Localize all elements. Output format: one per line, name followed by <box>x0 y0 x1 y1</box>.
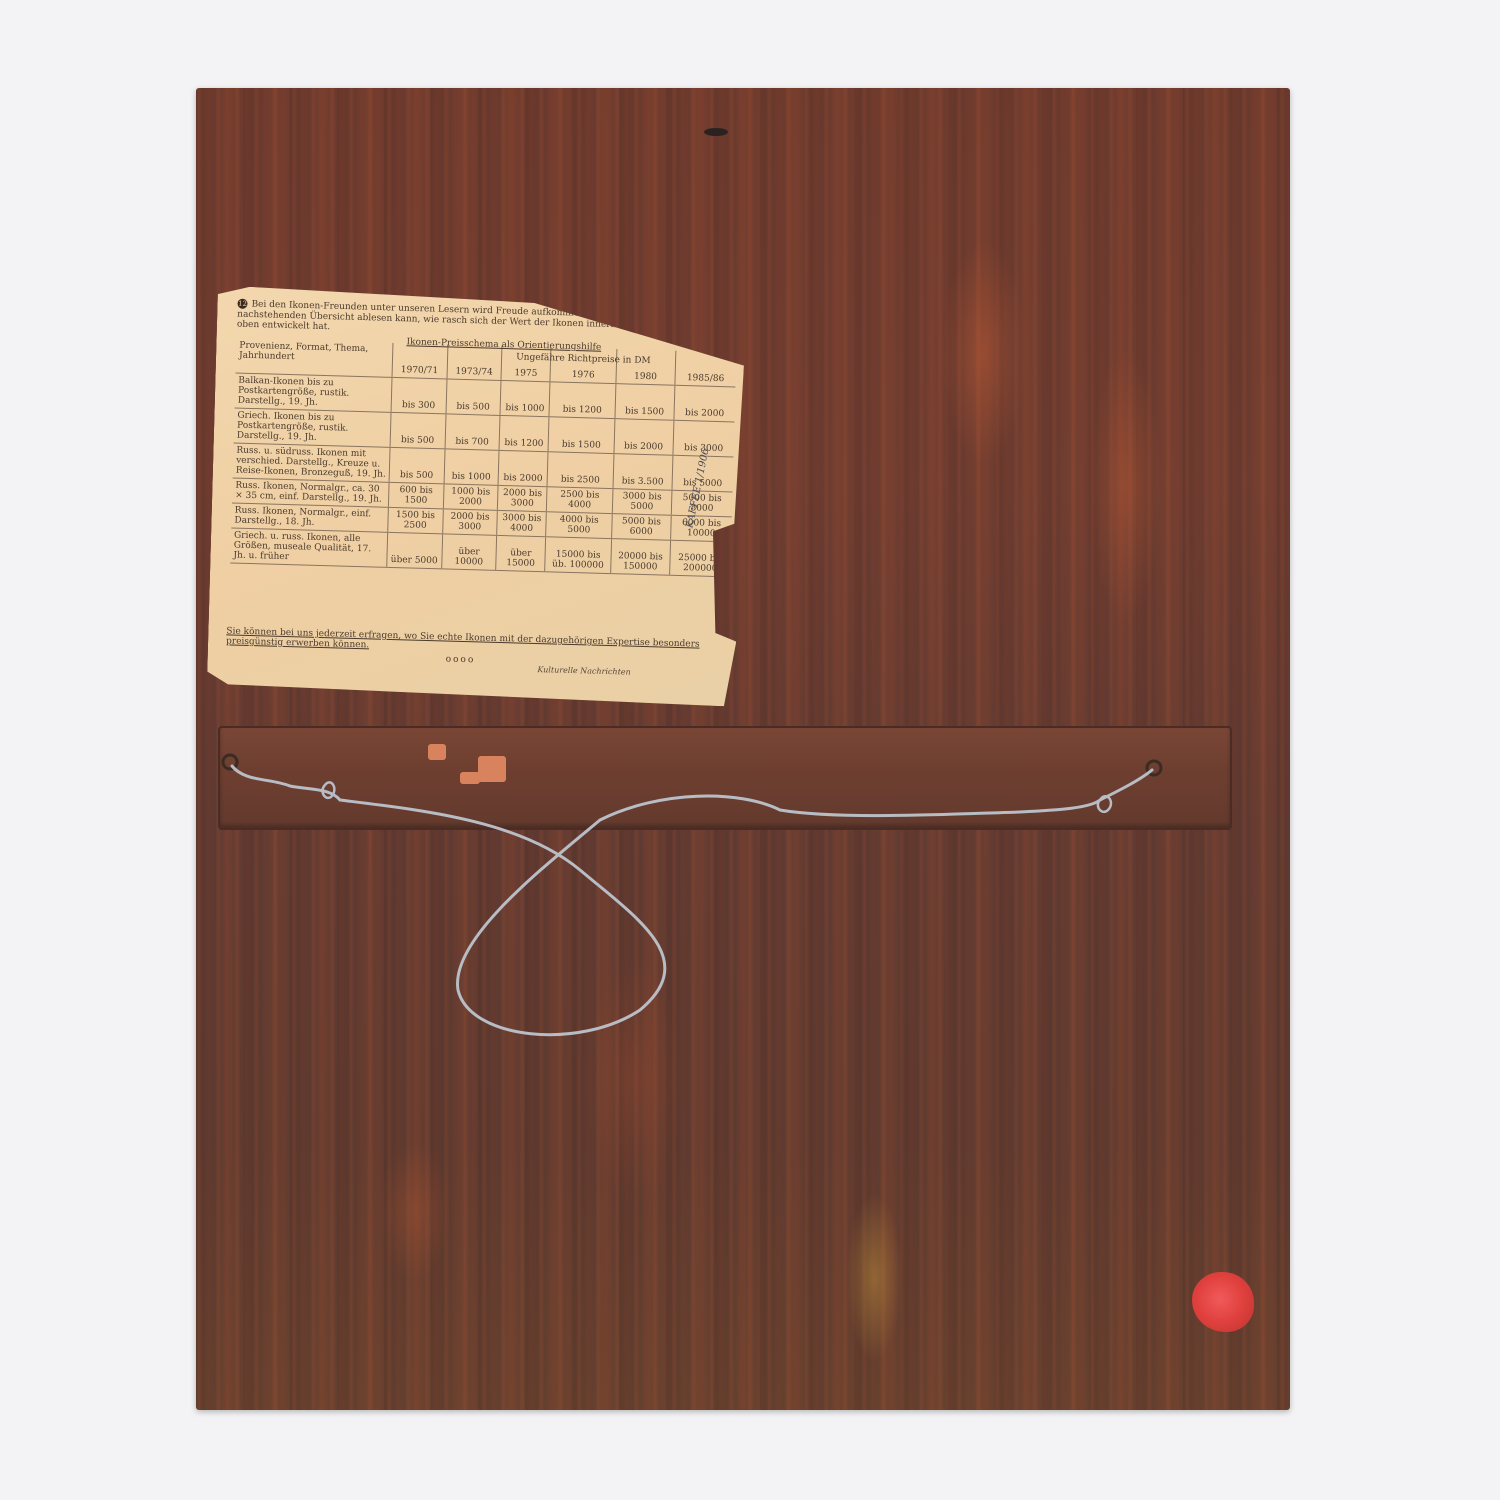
price-cell: 1500 bis 2500 <box>388 507 443 534</box>
footer-text: Sie können bei uns jederzeit erfragen, w… <box>226 626 700 650</box>
price-cell: bis 1500 <box>615 384 675 421</box>
price-cell: 2000 bis 3000 <box>498 485 548 511</box>
price-cell: 1000 bis 2000 <box>443 484 498 511</box>
row-category: Balkan-Ikonen bis zu Postkartengröße, ru… <box>235 373 392 412</box>
price-cell: bis 2000 <box>498 450 548 486</box>
paint-chip <box>460 772 480 784</box>
category-header: Provenienz, Format, Thema, Jahrhundert <box>236 339 393 378</box>
row-category: Griech. u. russ. Ikonen, alle Größen, mu… <box>230 528 387 567</box>
paint-chip <box>478 756 506 782</box>
row-category: Griech. Ikonen bis zu Postkartengröße, r… <box>234 408 391 447</box>
price-cell: bis 700 <box>445 414 501 451</box>
price-cell: bis 500 <box>390 412 446 449</box>
column-header: 1973/74 <box>447 344 503 380</box>
paint-chip <box>428 744 446 760</box>
separator-dots: oooo <box>446 655 476 666</box>
price-cell: bis 1200 <box>499 415 549 451</box>
red-wax-seal <box>1192 1272 1254 1332</box>
price-cell: 4000 bis 5000 <box>546 512 612 539</box>
price-cell: bis 1200 <box>549 382 615 419</box>
column-header: 1975 <box>501 346 551 382</box>
price-cell: 3000 bis 4000 <box>497 510 547 536</box>
clipping-footer: Sie können bei uns jederzeit erfragen, w… <box>226 626 726 660</box>
price-cell: 2000 bis 3000 <box>442 509 497 536</box>
price-cell: bis 2000 <box>674 385 736 422</box>
price-table: Provenienz, Format, Thema, Jahrhundert 1… <box>230 339 736 578</box>
row-category: Russ. u. südruss. Ikonen mit verschied. … <box>233 443 390 482</box>
price-cell: 5000 bis 6000 <box>611 514 671 541</box>
price-cell: 15000 bis üb. 100000 <box>545 537 611 574</box>
price-cell: über 5000 <box>387 532 443 569</box>
column-header: 1970/71 <box>392 343 448 379</box>
price-cell: bis 2500 <box>547 452 613 489</box>
top-hook-icon <box>704 128 728 136</box>
price-cell: bis 300 <box>391 377 447 414</box>
price-cell: bis 500 <box>389 447 445 484</box>
price-cell: bis 500 <box>446 379 502 416</box>
price-cell: 600 bis 1500 <box>388 482 443 509</box>
price-cell: bis 1500 <box>548 417 614 454</box>
price-cell: bis 1000 <box>500 380 550 416</box>
newspaper-clipping: 12Bei den Ikonen-Freunden unter unseren … <box>207 286 746 707</box>
price-cell: bis 3.500 <box>613 454 673 491</box>
price-cell: bis 1000 <box>444 449 500 486</box>
price-cell: 2500 bis 4000 <box>547 487 613 514</box>
handwritten-source: Kulturelle Nachrichten <box>537 665 631 678</box>
price-cell: 3000 bis 5000 <box>612 489 672 516</box>
price-cell: 20000 bis 150000 <box>610 539 670 576</box>
price-cell: über 10000 <box>441 534 497 571</box>
item-number-badge: 12 <box>237 299 247 309</box>
price-cell: bis 2000 <box>614 419 674 456</box>
wooden-batten <box>218 726 1232 830</box>
price-cell: über 15000 <box>496 535 546 571</box>
